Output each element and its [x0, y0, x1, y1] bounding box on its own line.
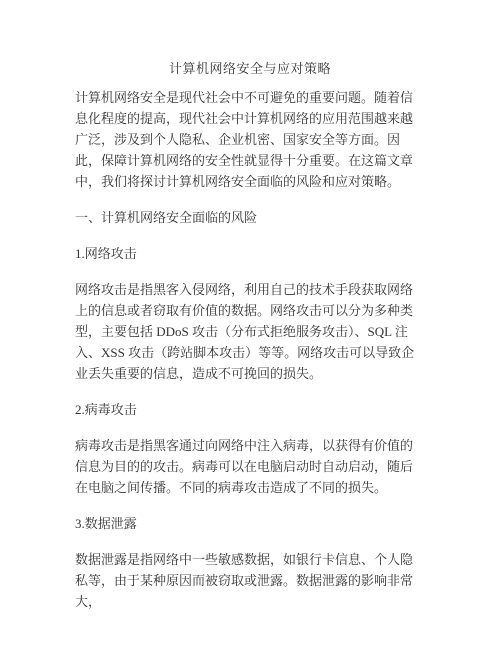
intro-paragraph: 计算机网络安全是现代社会中不可避免的重要问题。随着信息化程度的提高，现代社会中计… [75, 87, 425, 192]
document-title: 计算机网络安全与应对策略 [75, 58, 425, 79]
subheading-data-leak: 3.数据泄露 [75, 513, 425, 534]
subheading-network-attack: 1.网络攻击 [75, 243, 425, 264]
section-heading-risks: 一、计算机网络安全面临的风险 [75, 207, 425, 228]
paragraph-virus-attack: 病毒攻击是指黑客通过向网络中注入病毒，以获得有价值的信息为目的的攻击。病毒可以在… [75, 435, 425, 498]
paragraph-network-attack: 网络攻击是指黑客入侵网络，利用自己的技术手段获取网络上的信息或者窃取有价值的数据… [75, 279, 425, 384]
paragraph-data-leak: 数据泄露是指网络中一些敏感数据，如银行卡信息、个人隐私等，由于某种原因而被窃取或… [75, 549, 425, 612]
subheading-virus-attack: 2.病毒攻击 [75, 399, 425, 420]
document-page: 计算机网络安全与应对策略 计算机网络安全是现代社会中不可避免的重要问题。随着信息… [0, 0, 500, 647]
